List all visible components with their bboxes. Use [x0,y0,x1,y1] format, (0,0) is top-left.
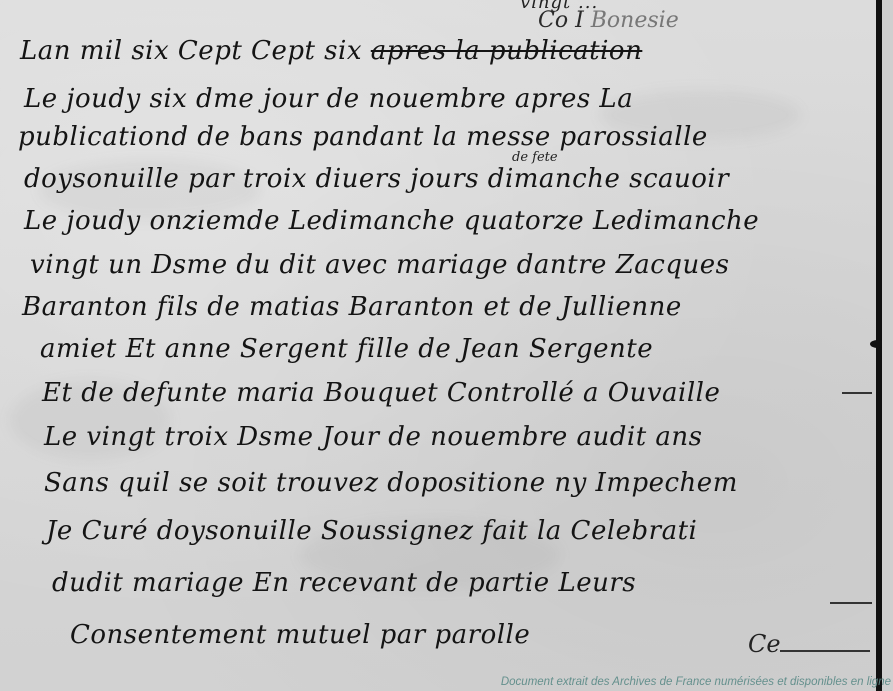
archive-watermark: Document extrait des Archives de France … [501,676,891,688]
register-line-10: Le vingt troix Dsme Jour de nouembre aud… [44,424,703,450]
page-margin [882,0,893,691]
register-line-5: Le joudy onziemde Ledimanche quatorze Le… [24,208,759,234]
struck-text: apres la publication [371,36,643,66]
register-line-12: Je Curé doysonuille Soussignez fait la C… [46,518,697,544]
register-line-7: Baranton fils de matias Baranton et de J… [22,294,682,320]
closing-stroke [780,650,870,652]
register-line-11: Sans quil se soit trouvez dopositione ny… [44,470,738,496]
line-filler-stroke [842,392,872,394]
line-filler-stroke [830,602,872,604]
register-line-6: vingt un Dsme du dit avec mariage dantre… [30,252,729,278]
register-line-2: Le joudy six dme jour de nouembre apres … [24,86,633,112]
margin-annotation: Co I Bonesie [538,8,679,33]
document-scan: vingt ... Co I Bonesie Lan mil six Cept … [0,0,893,691]
register-line-8: amiet Et anne Sergent fille de Jean Serg… [40,336,653,362]
register-line-3: publicationd de bans pandant la messe pa… [18,124,708,150]
register-line-13: dudit mariage En recevant de partie Leur… [52,570,636,596]
register-line-14: Consentement mutuel par parolle [70,622,530,648]
closing-mark: Ce [748,630,781,658]
line-insert: de fete [512,150,558,165]
register-line-4: doysonuille par troix diuers jours diman… [24,166,729,192]
register-line-1: Lan mil six Cept Cept six apres la publi… [20,38,642,64]
register-line-9: Et de defunte maria Bouquet Controllé a … [42,380,720,406]
line-text: Lan mil six Cept Cept six [20,36,362,66]
annotation-prefix: Co I [538,8,584,33]
annotation-faded: Bonesie [591,8,679,33]
